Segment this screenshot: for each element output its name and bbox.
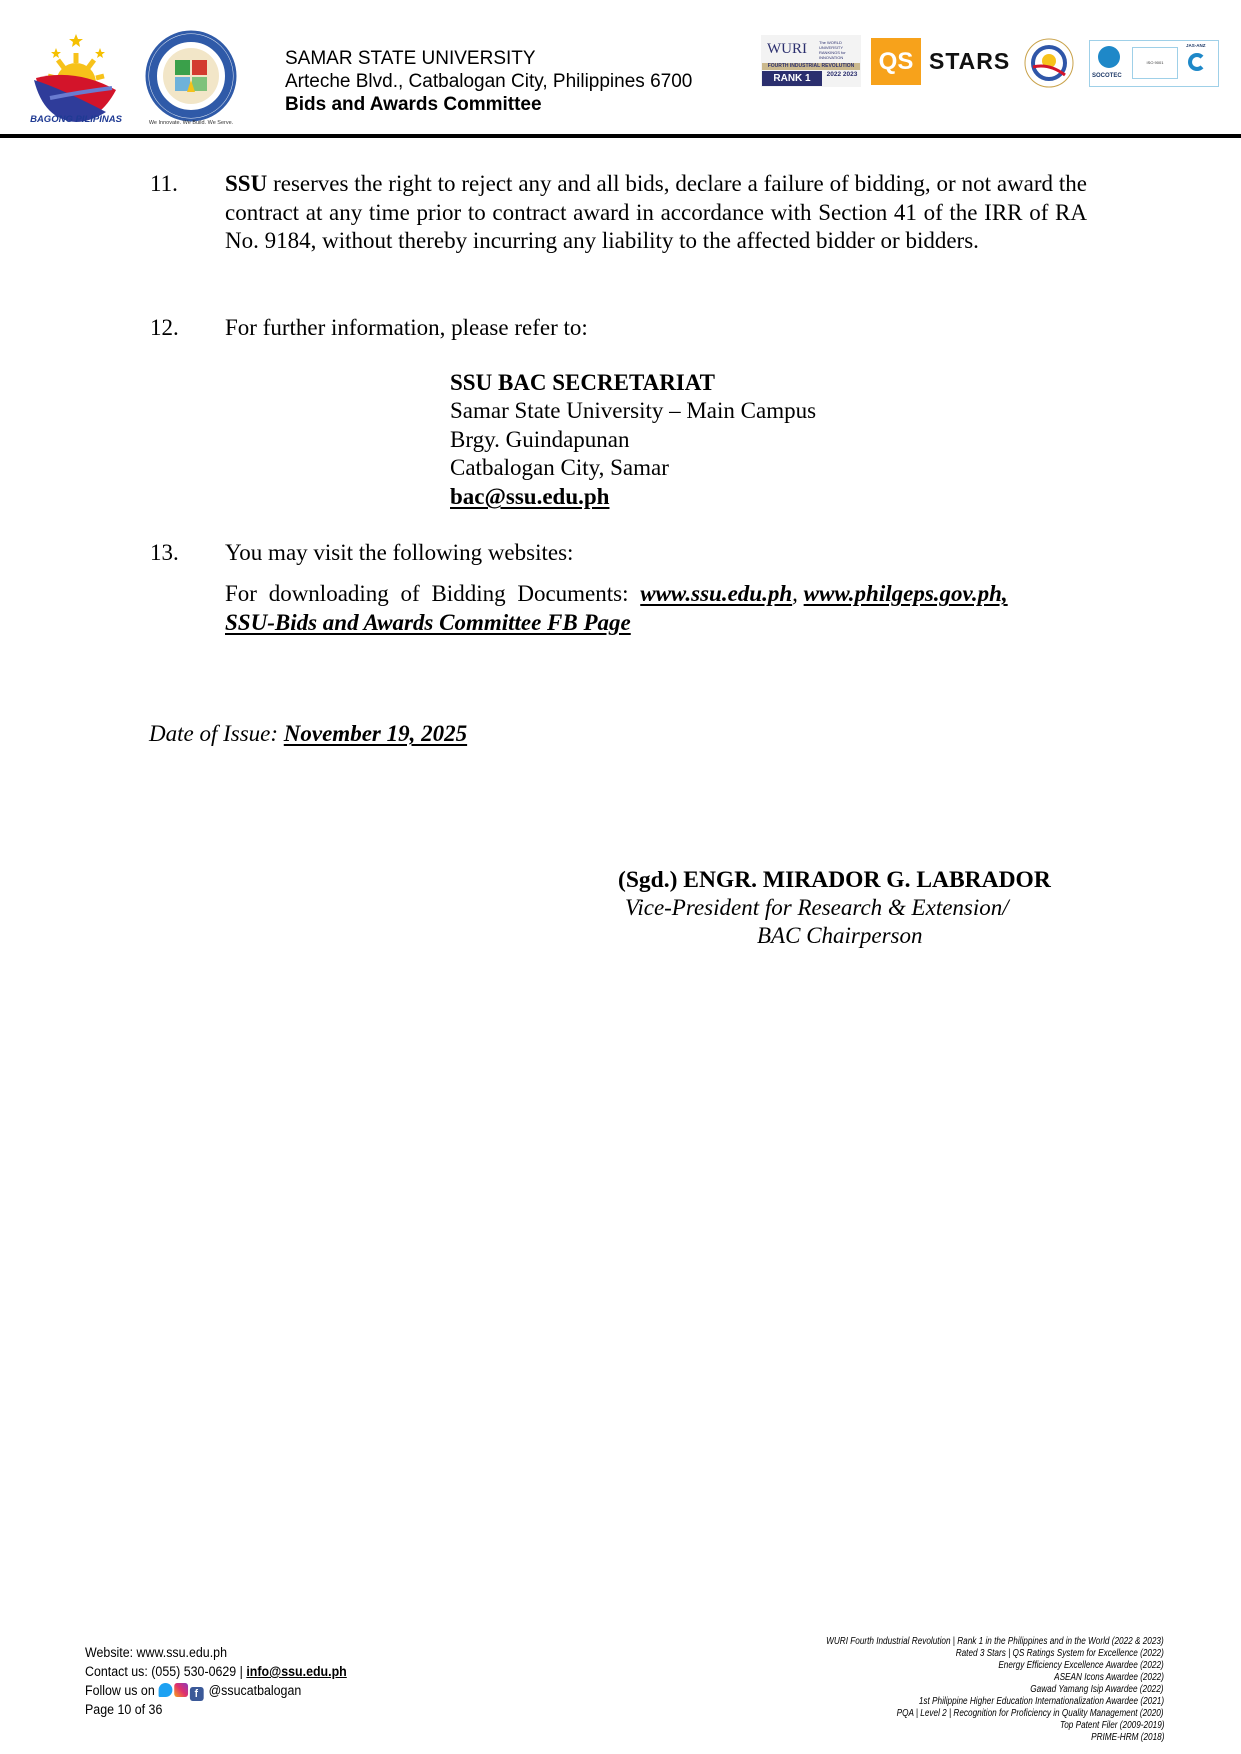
footer-award-7: PQA | Level 2 | Recognition for Proficie… xyxy=(897,1708,1164,1720)
university-address: Arteche Blvd., Catbalogan City, Philippi… xyxy=(285,70,692,93)
iso-cert: ISO 9001 xyxy=(1132,47,1178,79)
footer-follow-label: Follow us on xyxy=(85,1683,158,1698)
contact-line-1: Samar State University – Main Campus xyxy=(450,397,816,426)
ssu-seal-logo: We Innovate. We Build. We Serve. xyxy=(143,30,239,128)
footer-award-1: WURI Fourth Industrial Revolution | Rank… xyxy=(826,1636,1164,1648)
date-of-issue-value: November 19, 2025 xyxy=(284,721,467,746)
office-name: Bids and Awards Committee xyxy=(285,93,542,116)
date-of-issue: Date of Issue: November 19, 2025 xyxy=(149,720,467,749)
footer-award-2: Rated 3 Stars | QS Ratings System for Ex… xyxy=(956,1648,1164,1660)
item-number-12: 12. xyxy=(150,314,179,343)
ssu-motto: We Innovate. We Build. We Serve. xyxy=(139,120,243,126)
footer-social-handle: @ssucatbalogan xyxy=(209,1683,302,1698)
item-11-body: reserves the right to reject any and all… xyxy=(225,171,1087,253)
instagram-icon[interactable] xyxy=(174,1683,188,1697)
item-11-lead: SSU xyxy=(225,171,267,196)
qs-badge: QS xyxy=(871,38,921,85)
date-of-issue-label: Date of Issue: xyxy=(149,721,284,746)
footer-award-4: ASEAN Icons Awardee (2022) xyxy=(1054,1672,1164,1684)
download-paragraph: For downloading of Bidding Documents: ww… xyxy=(225,580,1087,637)
jas-anz: JAS-ANZ xyxy=(1186,43,1206,48)
footer-award-9: PRIME-HRM (2018) xyxy=(1091,1732,1164,1744)
wuri-rank: RANK 1 xyxy=(762,71,822,86)
qs-stars-logo: QS STARS xyxy=(871,38,1011,85)
signatory-name: (Sgd.) ENGR. MIRADOR G. LABRADOR xyxy=(618,866,1051,894)
signatory-title-2: BAC Chairperson xyxy=(757,922,922,950)
twitter-icon[interactable] xyxy=(158,1683,172,1697)
wuri-brand: WURI xyxy=(767,41,807,58)
contact-line-2: Brgy. Guindapunan xyxy=(450,426,630,455)
item-11-text: SSU reserves the right to reject any and… xyxy=(225,170,1087,256)
signatory-title-1: Vice-President for Research & Extension/ xyxy=(625,894,1009,922)
wuri-logo: WURI The WORLD UNIVERSITY RANKINGS for I… xyxy=(761,35,861,87)
footer-award-8: Top Patent Filer (2009-2019) xyxy=(1059,1720,1164,1732)
link-separator: , xyxy=(792,581,804,606)
bagong-pilipinas-logo: BAGONG PILIPINAS xyxy=(20,28,132,128)
philippine-quality-award-logo xyxy=(1021,37,1077,89)
item-number-11: 11. xyxy=(150,170,178,199)
footer-website: Website: www.ssu.edu.ph xyxy=(85,1643,227,1662)
bagong-pilipinas-caption: BAGONG PILIPINAS xyxy=(20,114,132,125)
facebook-icon[interactable]: f xyxy=(189,1687,203,1701)
contact-email-link[interactable]: bac@ssu.edu.ph xyxy=(450,483,609,512)
footer-follow: Follow us on f @ssucatbalogan xyxy=(85,1681,301,1701)
item-number-13: 13. xyxy=(150,539,179,568)
wuri-band: FOURTH INDUSTRIAL REVOLUTION xyxy=(762,63,860,70)
item-12-text: For further information, please refer to… xyxy=(225,314,1087,343)
download-label: For downloading of Bidding Documents: xyxy=(225,581,640,606)
contact-line-3: Catbalogan City, Samar xyxy=(450,454,669,483)
link-bac-fb-page[interactable]: SSU-Bids and Awards Committee FB Page xyxy=(225,610,631,635)
link-ssu-website[interactable]: www.ssu.edu.ph xyxy=(640,581,792,606)
header-divider xyxy=(0,134,1241,138)
footer-contact-label: Contact us: (055) 530-0629 | xyxy=(85,1664,246,1679)
socotec-iso-logo: SOCOTEC ISO 9001 JAS-ANZ xyxy=(1089,40,1219,87)
footer-page-number: Page 10 of 36 xyxy=(85,1700,162,1719)
footer-email-link[interactable]: info@ssu.edu.ph xyxy=(246,1664,346,1679)
item-13-text: You may visit the following websites: xyxy=(225,539,1087,568)
qs-stars-text: STARS xyxy=(929,38,1010,85)
socotec-brand: SOCOTEC xyxy=(1092,73,1122,79)
footer-award-5: Gawad Yamang Isip Awardee (2022) xyxy=(1031,1684,1164,1696)
footer-award-6: 1st Philippine Higher Education Internat… xyxy=(919,1696,1164,1708)
contact-title: SSU BAC SECRETARIAT xyxy=(450,369,715,398)
footer-award-3: Energy Efficiency Excellence Awardee (20… xyxy=(999,1660,1164,1672)
wuri-sub: The WORLD UNIVERSITY RANKINGS for INNOVA… xyxy=(819,40,859,60)
link-philgeps[interactable]: www.philgeps.gov.ph, xyxy=(804,581,1008,606)
wuri-years: 2022 2023 xyxy=(825,71,859,78)
university-name: SAMAR STATE UNIVERSITY xyxy=(285,47,536,70)
footer-contact: Contact us: (055) 530-0629 | info@ssu.ed… xyxy=(85,1662,347,1681)
